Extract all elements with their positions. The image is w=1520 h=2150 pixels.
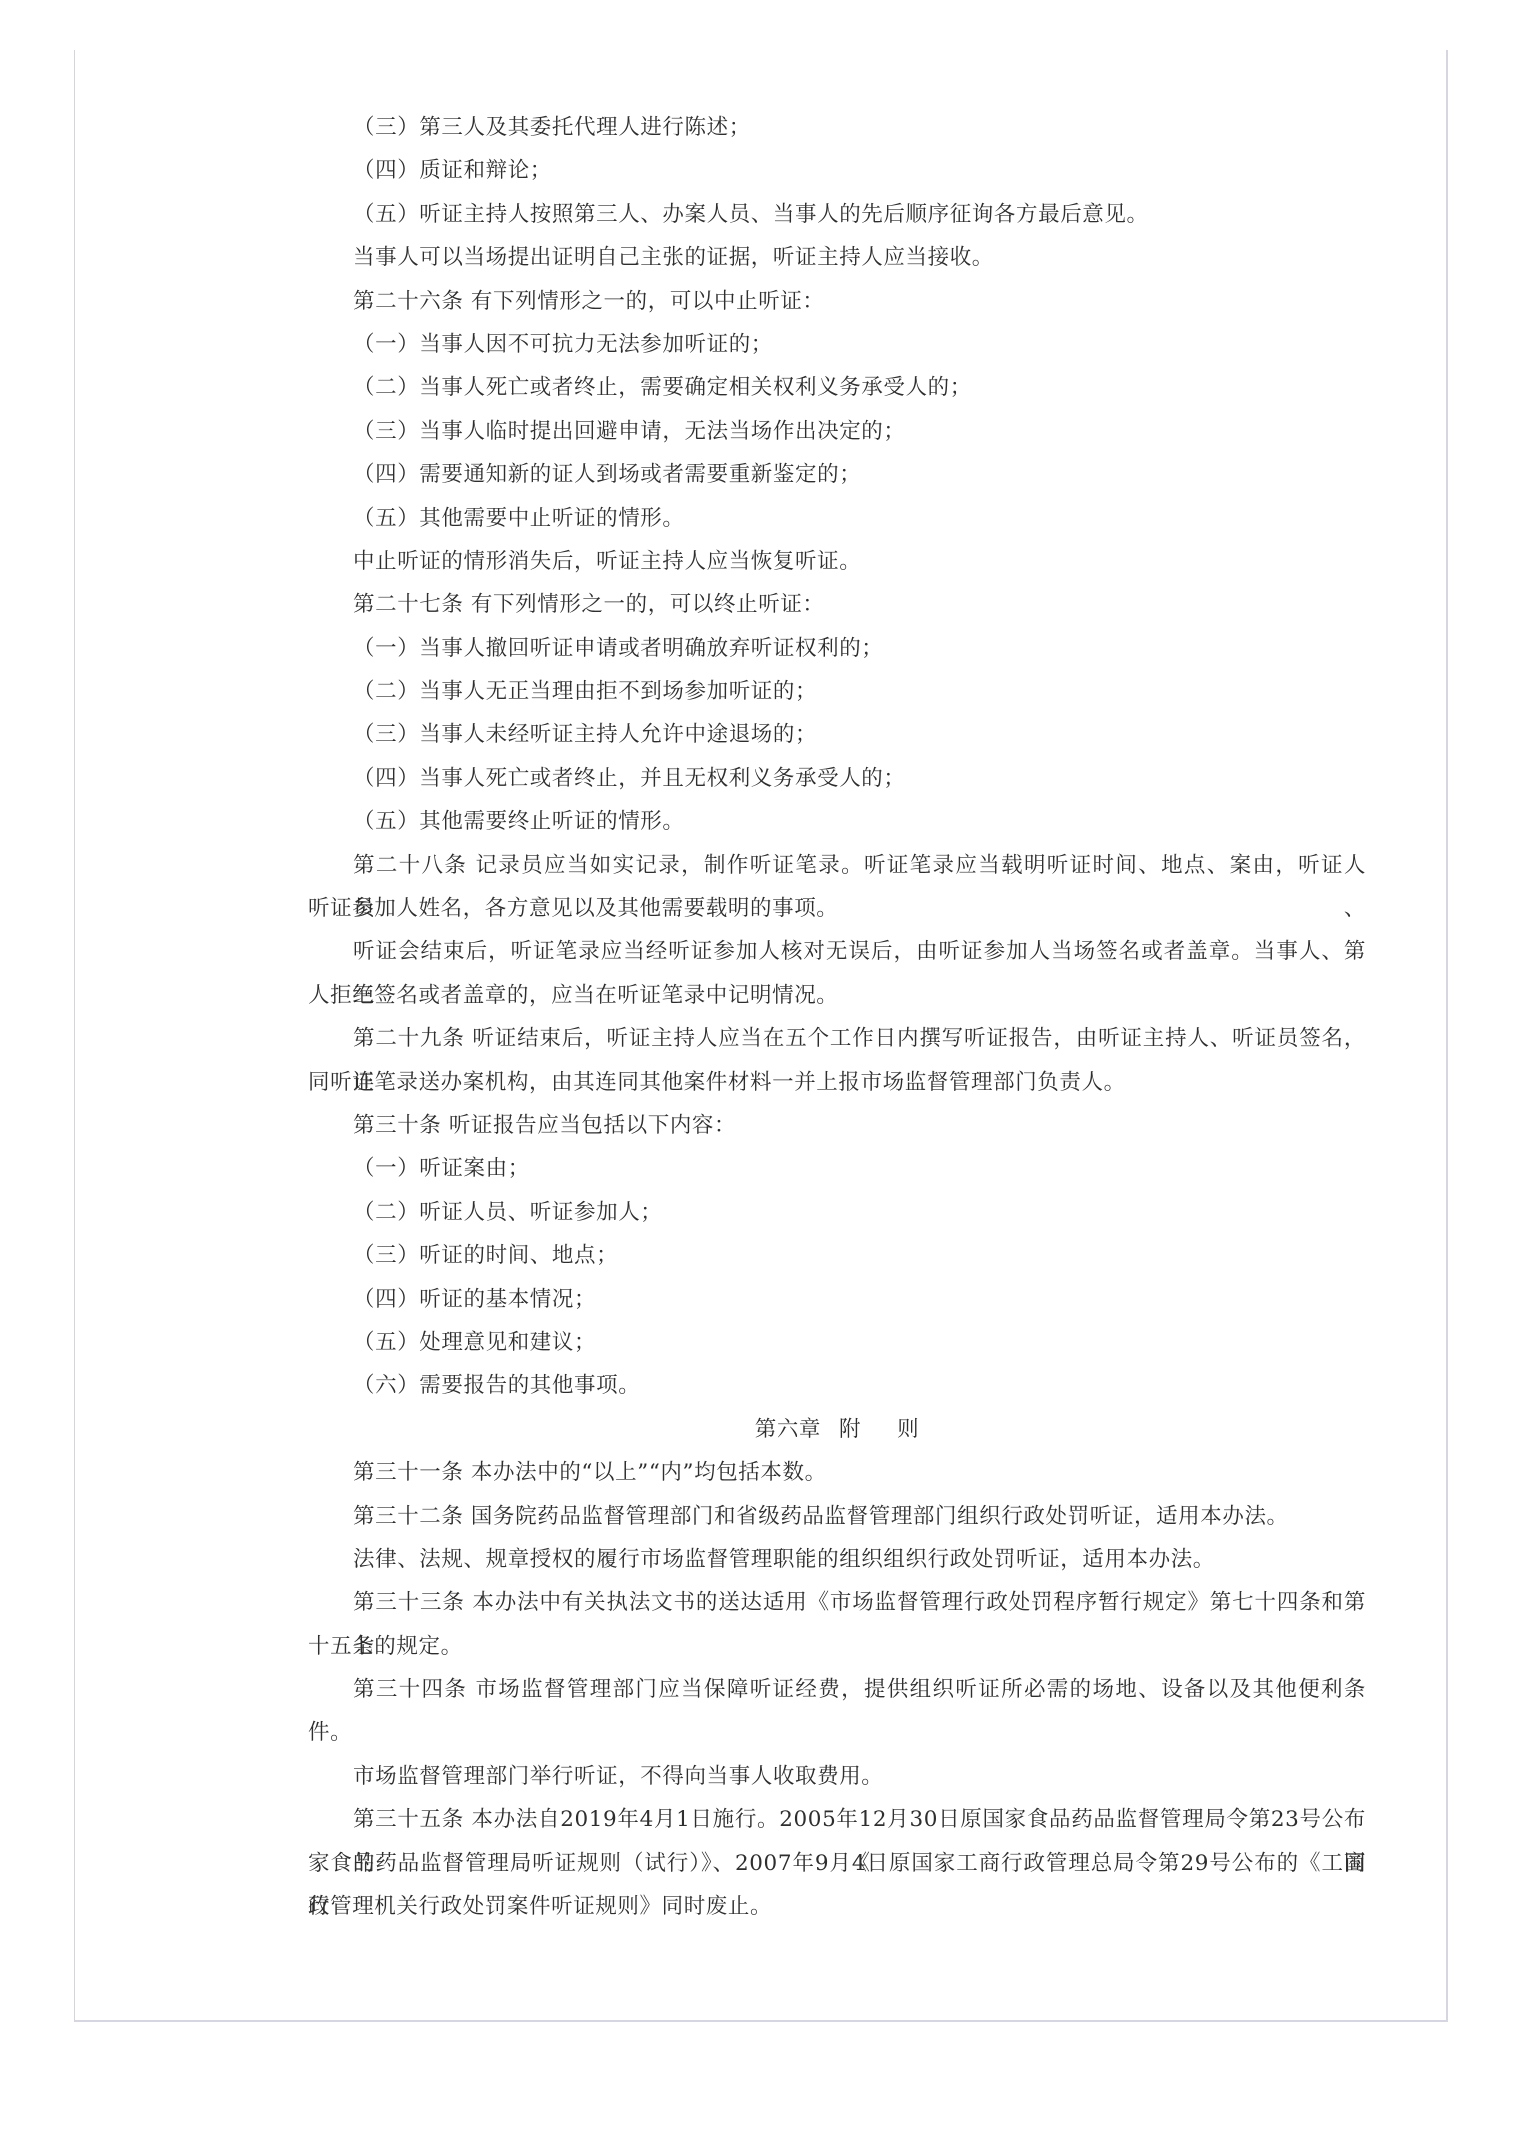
article-heading-line: 第二十七条 有下列情形之一的，可以终止听证：: [308, 583, 1366, 626]
text-line: 第三十五条 本办法自2019年4月1日施行。2005年12月30日原国家食品药品…: [308, 1798, 1366, 1841]
list-item: （一）听证案由；: [308, 1147, 1366, 1190]
text-line: 中止听证的情形消失后，听证主持人应当恢复听证。: [308, 540, 1366, 583]
chapter-title-part2: 则: [897, 1417, 919, 1442]
chapter-number: 第六章: [755, 1417, 821, 1442]
list-item: （四）需要通知新的证人到场或者需要重新鉴定的；: [308, 453, 1366, 496]
list-item: （五）其他需要终止听证的情形。: [308, 800, 1366, 843]
text-line: 第二十九条 听证结束后，听证主持人应当在五个工作日内撰写听证报告，由听证主持人、…: [308, 1017, 1366, 1060]
text-line: 同听证笔录送办案机构，由其连同其他案件材料一并上报市场监督管理部门负责人。: [308, 1061, 1366, 1104]
list-item: （二）听证人员、听证参加人；: [308, 1191, 1366, 1234]
article-heading-line: 第二十六条 有下列情形之一的，可以中止听证：: [308, 280, 1366, 323]
text-line: 第二十八条 记录员应当如实记录，制作听证笔录。听证笔录应当载明听证时间、地点、案…: [308, 844, 1366, 887]
list-item: （一）当事人因不可抗力无法参加听证的；: [308, 323, 1366, 366]
text-line: 听证会结束后，听证笔录应当经听证参加人核对无误后，由听证参加人当场签名或者盖章。…: [308, 930, 1366, 973]
document-page: （三）第三人及其委托代理人进行陈述； （四）质证和辩论； （五）听证主持人按照第…: [74, 50, 1448, 2022]
article-heading-line: 第三十条 听证报告应当包括以下内容：: [308, 1104, 1366, 1147]
chapter-heading: 第六章附则: [308, 1408, 1366, 1451]
article-heading-line: 第三十二条 国务院药品监督管理部门和省级药品监督管理部门组织行政处罚听证，适用本…: [308, 1495, 1366, 1538]
list-item: （五）处理意见和建议；: [308, 1321, 1366, 1364]
text-line: 当事人可以当场提出证明自己主张的证据，听证主持人应当接收。: [308, 236, 1366, 279]
text-line: （五）听证主持人按照第三人、办案人员、当事人的先后顺序征询各方最后意见。: [308, 193, 1366, 236]
article-heading-line: 第三十一条 本办法中的“以上”“内”均包括本数。: [308, 1451, 1366, 1494]
text-line: 法律、法规、规章授权的履行市场监督管理职能的组织组织行政处罚听证，适用本办法。: [308, 1538, 1366, 1581]
list-item: （三）当事人未经听证主持人允许中途退场的；: [308, 713, 1366, 756]
list-item: （二）当事人无正当理由拒不到场参加听证的；: [308, 670, 1366, 713]
document-body: （三）第三人及其委托代理人进行陈述； （四）质证和辩论； （五）听证主持人按照第…: [308, 106, 1366, 1928]
list-item: （四）当事人死亡或者终止，并且无权利义务承受人的；: [308, 757, 1366, 800]
articles-25-30: （三）第三人及其委托代理人进行陈述； （四）质证和辩论； （五）听证主持人按照第…: [308, 106, 1366, 1408]
text-line: 第三十三条 本办法中有关执法文书的送达适用《市场监督管理行政处罚程序暂行规定》第…: [308, 1581, 1366, 1624]
list-item: （五）其他需要中止听证的情形。: [308, 497, 1366, 540]
text-line: 市场监督管理部门举行听证，不得向当事人收取费用。: [308, 1755, 1366, 1798]
list-item: （二）当事人死亡或者终止，需要确定相关权利义务承受人的；: [308, 366, 1366, 409]
text-line: 政管理机关行政处罚案件听证规则》同时废止。: [308, 1885, 1366, 1928]
list-item: （三）听证的时间、地点；: [308, 1234, 1366, 1277]
text-line: 第三十四条 市场监督管理部门应当保障听证经费，提供组织听证所必需的场地、设备以及…: [308, 1668, 1366, 1711]
text-line: 十五条的规定。: [308, 1625, 1366, 1668]
list-item: （六）需要报告的其他事项。: [308, 1364, 1366, 1407]
text-line: （三）第三人及其委托代理人进行陈述；: [308, 106, 1366, 149]
list-item: （四）听证的基本情况；: [308, 1278, 1366, 1321]
text-line: 人拒绝签名或者盖章的，应当在听证笔录中记明情况。: [308, 974, 1366, 1017]
list-item: （一）当事人撤回听证申请或者明确放弃听证权利的；: [308, 627, 1366, 670]
text-line: （四）质证和辩论；: [308, 149, 1366, 192]
articles-31-35: 第三十一条 本办法中的“以上”“内”均包括本数。 第三十二条 国务院药品监督管理…: [308, 1451, 1366, 1928]
chapter-title-part1: 附: [839, 1417, 861, 1442]
text-line: 家食品药品监督管理局听证规则（试行）》、2007年9月4日原国家工商行政管理总局…: [308, 1842, 1366, 1885]
text-line: 件。: [308, 1711, 1366, 1754]
list-item: （三）当事人临时提出回避申请，无法当场作出决定的；: [308, 410, 1366, 453]
